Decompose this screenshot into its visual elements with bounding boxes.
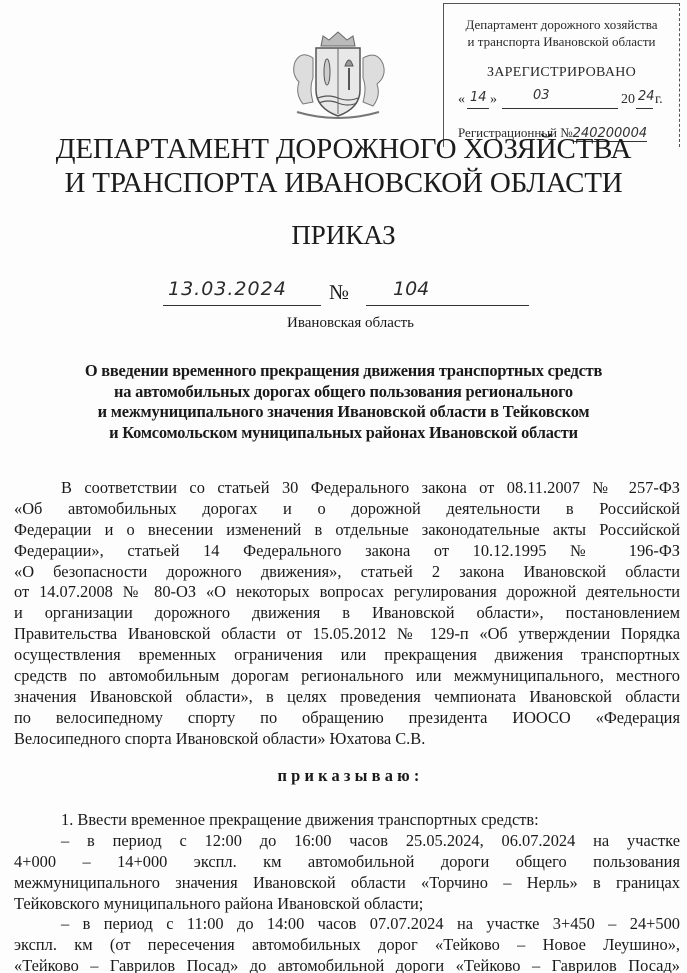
- order-number: 104: [393, 278, 429, 300]
- item-line: 4+000 – 14+000 экспл. км автомобильной д…: [14, 852, 680, 873]
- preamble-line: Федерации и о внесении изменений в отдел…: [14, 520, 680, 541]
- department-title-line2: И ТРАНСПОРТА ИВАНОВСКОЙ ОБЛАСТИ: [0, 166, 687, 200]
- order-date: 13.03.2024: [168, 278, 287, 300]
- preamble-line: значения Ивановской области», в целях пр…: [14, 687, 680, 708]
- subject-line: и Комсомольском муниципальных районах Ив…: [0, 423, 687, 444]
- item-line: Тейковского муниципального района Иванов…: [14, 894, 680, 915]
- document-type-title: ПРИКАЗ: [0, 220, 687, 251]
- stamp-year-prefix: 20: [621, 92, 635, 108]
- item-line: экспл. км (от пересечения автомобильных …: [14, 935, 680, 956]
- stamp-department: Департамент дорожного хозяйства и трансп…: [444, 16, 679, 50]
- stamp-month: 03: [533, 88, 550, 103]
- order-items: 1. Ввести временное прекращение движения…: [14, 810, 680, 973]
- stamp-date: « 14 » 03 20 24 г.: [458, 92, 673, 112]
- stamp-department-line1: Департамент дорожного хозяйства: [444, 16, 679, 33]
- stamp-quote-open: «: [458, 92, 465, 108]
- stamp-quote-close: »: [490, 92, 497, 108]
- preamble-line: осуществления временных ограничения или …: [14, 645, 680, 666]
- preamble-line: Правительства Ивановской области от 15.0…: [14, 624, 680, 645]
- stamp-day: 14: [470, 90, 487, 105]
- region-label: Ивановская область: [0, 315, 687, 332]
- preamble-line: и организации дорожного движения в Ивано…: [14, 603, 680, 624]
- registration-stamp: Департамент дорожного хозяйства и трансп…: [443, 3, 680, 147]
- item-line: – в период с 12:00 до 16:00 часов 25.05.…: [14, 831, 680, 852]
- preamble-line: «Об автомобильных дорогах и о дорожной д…: [14, 499, 680, 520]
- preamble-line: В соответствии со статьей 30 Федеральног…: [14, 478, 680, 499]
- coat-of-arms-icon: [283, 28, 393, 120]
- subject-line: и межмуниципального значения Ивановской …: [0, 402, 687, 423]
- preamble-line: Федерации», статьей 14 Федерального зако…: [14, 541, 680, 562]
- item-line: – в период с 11:00 до 14:00 часов 07.07.…: [14, 914, 680, 935]
- item-line: 1. Ввести временное прекращение движения…: [14, 810, 680, 831]
- subject-line: О введении временного прекращения движен…: [0, 361, 687, 382]
- document-page: Департамент дорожного хозяйства и трансп…: [0, 0, 687, 973]
- stamp-year-suffix: 24: [638, 89, 655, 104]
- stamp-year-unit: г.: [655, 92, 663, 108]
- order-number-sign: №: [329, 280, 349, 305]
- item-line: «Тейково – Гаврилов Посад» до автомобиль…: [14, 956, 680, 973]
- preamble-line: средств по автомобильным дорогам региона…: [14, 666, 680, 687]
- department-title-line1: ДЕПАРТАМЕНТ ДОРОЖНОГО ХОЗЯЙСТВА: [0, 132, 687, 166]
- preamble-line: «О безопасности дорожного движения», ста…: [14, 562, 680, 583]
- preamble-line: Велосипедного спорта Ивановской области»…: [14, 729, 680, 750]
- item-line: межмуниципального значения Ивановской об…: [14, 873, 680, 894]
- preamble-line: от 14.07.2008 № 80-ОЗ «О некоторых вопро…: [14, 582, 680, 603]
- preamble-line: по велосипедному спорту по обращению пре…: [14, 708, 680, 729]
- stamp-department-line2: и транспорта Ивановской области: [444, 33, 679, 50]
- preamble-paragraph: В соответствии со статьей 30 Федеральног…: [14, 478, 680, 750]
- subject-line: на автомобильных дорогах общего пользова…: [0, 382, 687, 403]
- stamp-status: ЗАРЕГИСТРИРОВАНО: [444, 65, 679, 81]
- order-subject: О введении временного прекращения движен…: [0, 361, 687, 443]
- decree-label: приказываю:: [0, 766, 687, 786]
